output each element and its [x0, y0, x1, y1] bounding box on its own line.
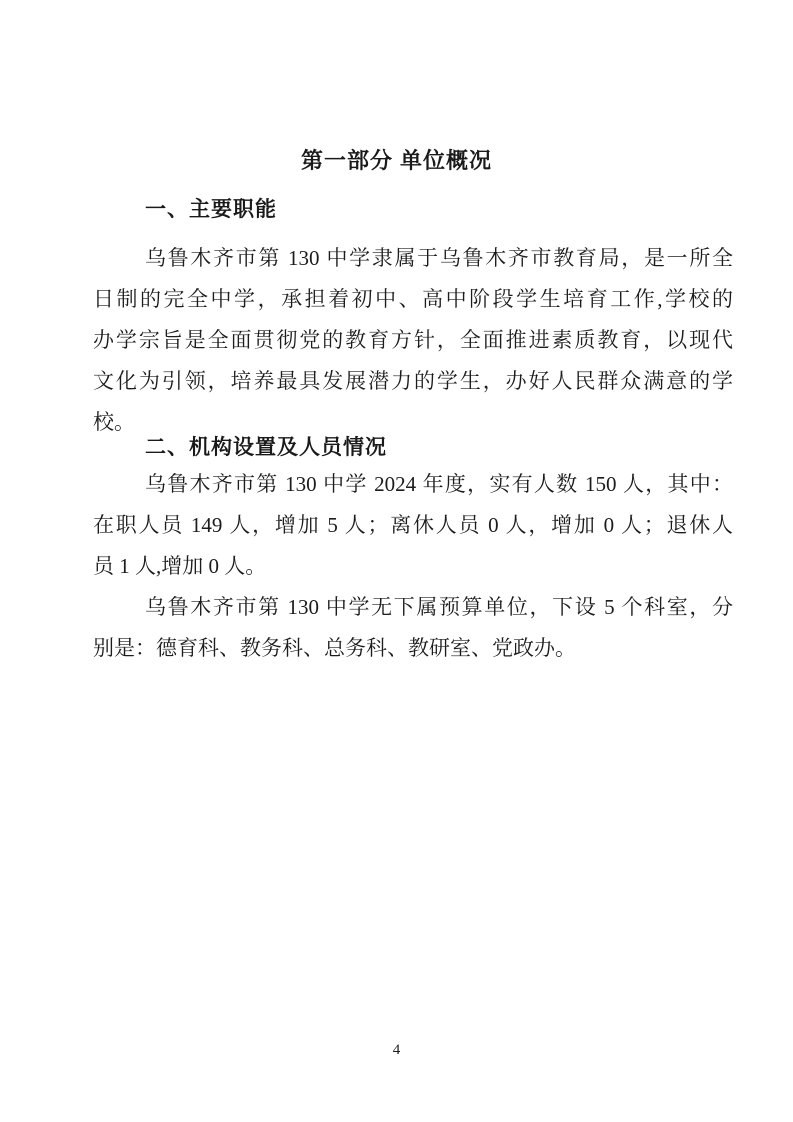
- text-line: 乌鲁木齐市第 130 中学无下属预算单位，下设 5 个科室，分: [93, 587, 733, 628]
- text-line: 乌鲁木齐市第 130 中学 2024 年度，实有人数 150 人，其中：: [93, 464, 733, 505]
- text-line: 文化为引领，培养最具发展潜力的学生，办好人民群众满意的学: [93, 361, 733, 402]
- text-line: 在职人员 149 人，增加 5 人；离休人员 0 人，增加 0 人；退休人: [93, 505, 733, 546]
- text-line: 日制的完全中学，承担着初中、高中阶段学生培育工作,学校的: [93, 279, 733, 320]
- paragraph: 乌鲁木齐市第 130 中学 2024 年度，实有人数 150 人，其中： 在职人…: [93, 464, 733, 587]
- page-number: 4: [0, 1040, 793, 1060]
- paragraph: 乌鲁木齐市第 130 中学隶属于乌鲁木齐市教育局，是一所全 日制的完全中学，承担…: [93, 238, 733, 443]
- text-line: 别是：德育科、教务科、总务科、教研室、党政办。: [93, 628, 733, 669]
- paragraph: 乌鲁木齐市第 130 中学无下属预算单位，下设 5 个科室，分 别是：德育科、教…: [93, 587, 733, 669]
- section-heading-organization-personnel: 二、机构设置及人员情况: [145, 435, 387, 461]
- section-heading-main-functions: 一、主要职能: [145, 197, 277, 223]
- document-page: 第一部分 单位概况 一、主要职能 乌鲁木齐市第 130 中学隶属于乌鲁木齐市教育…: [0, 0, 793, 1122]
- text-line: 员 1 人,增加 0 人。: [93, 546, 733, 587]
- text-line: 乌鲁木齐市第 130 中学隶属于乌鲁木齐市教育局，是一所全: [93, 238, 733, 279]
- text-line: 办学宗旨是全面贯彻党的教育方针，全面推进素质教育，以现代: [93, 320, 733, 361]
- page-title: 第一部分 单位概况: [0, 146, 793, 176]
